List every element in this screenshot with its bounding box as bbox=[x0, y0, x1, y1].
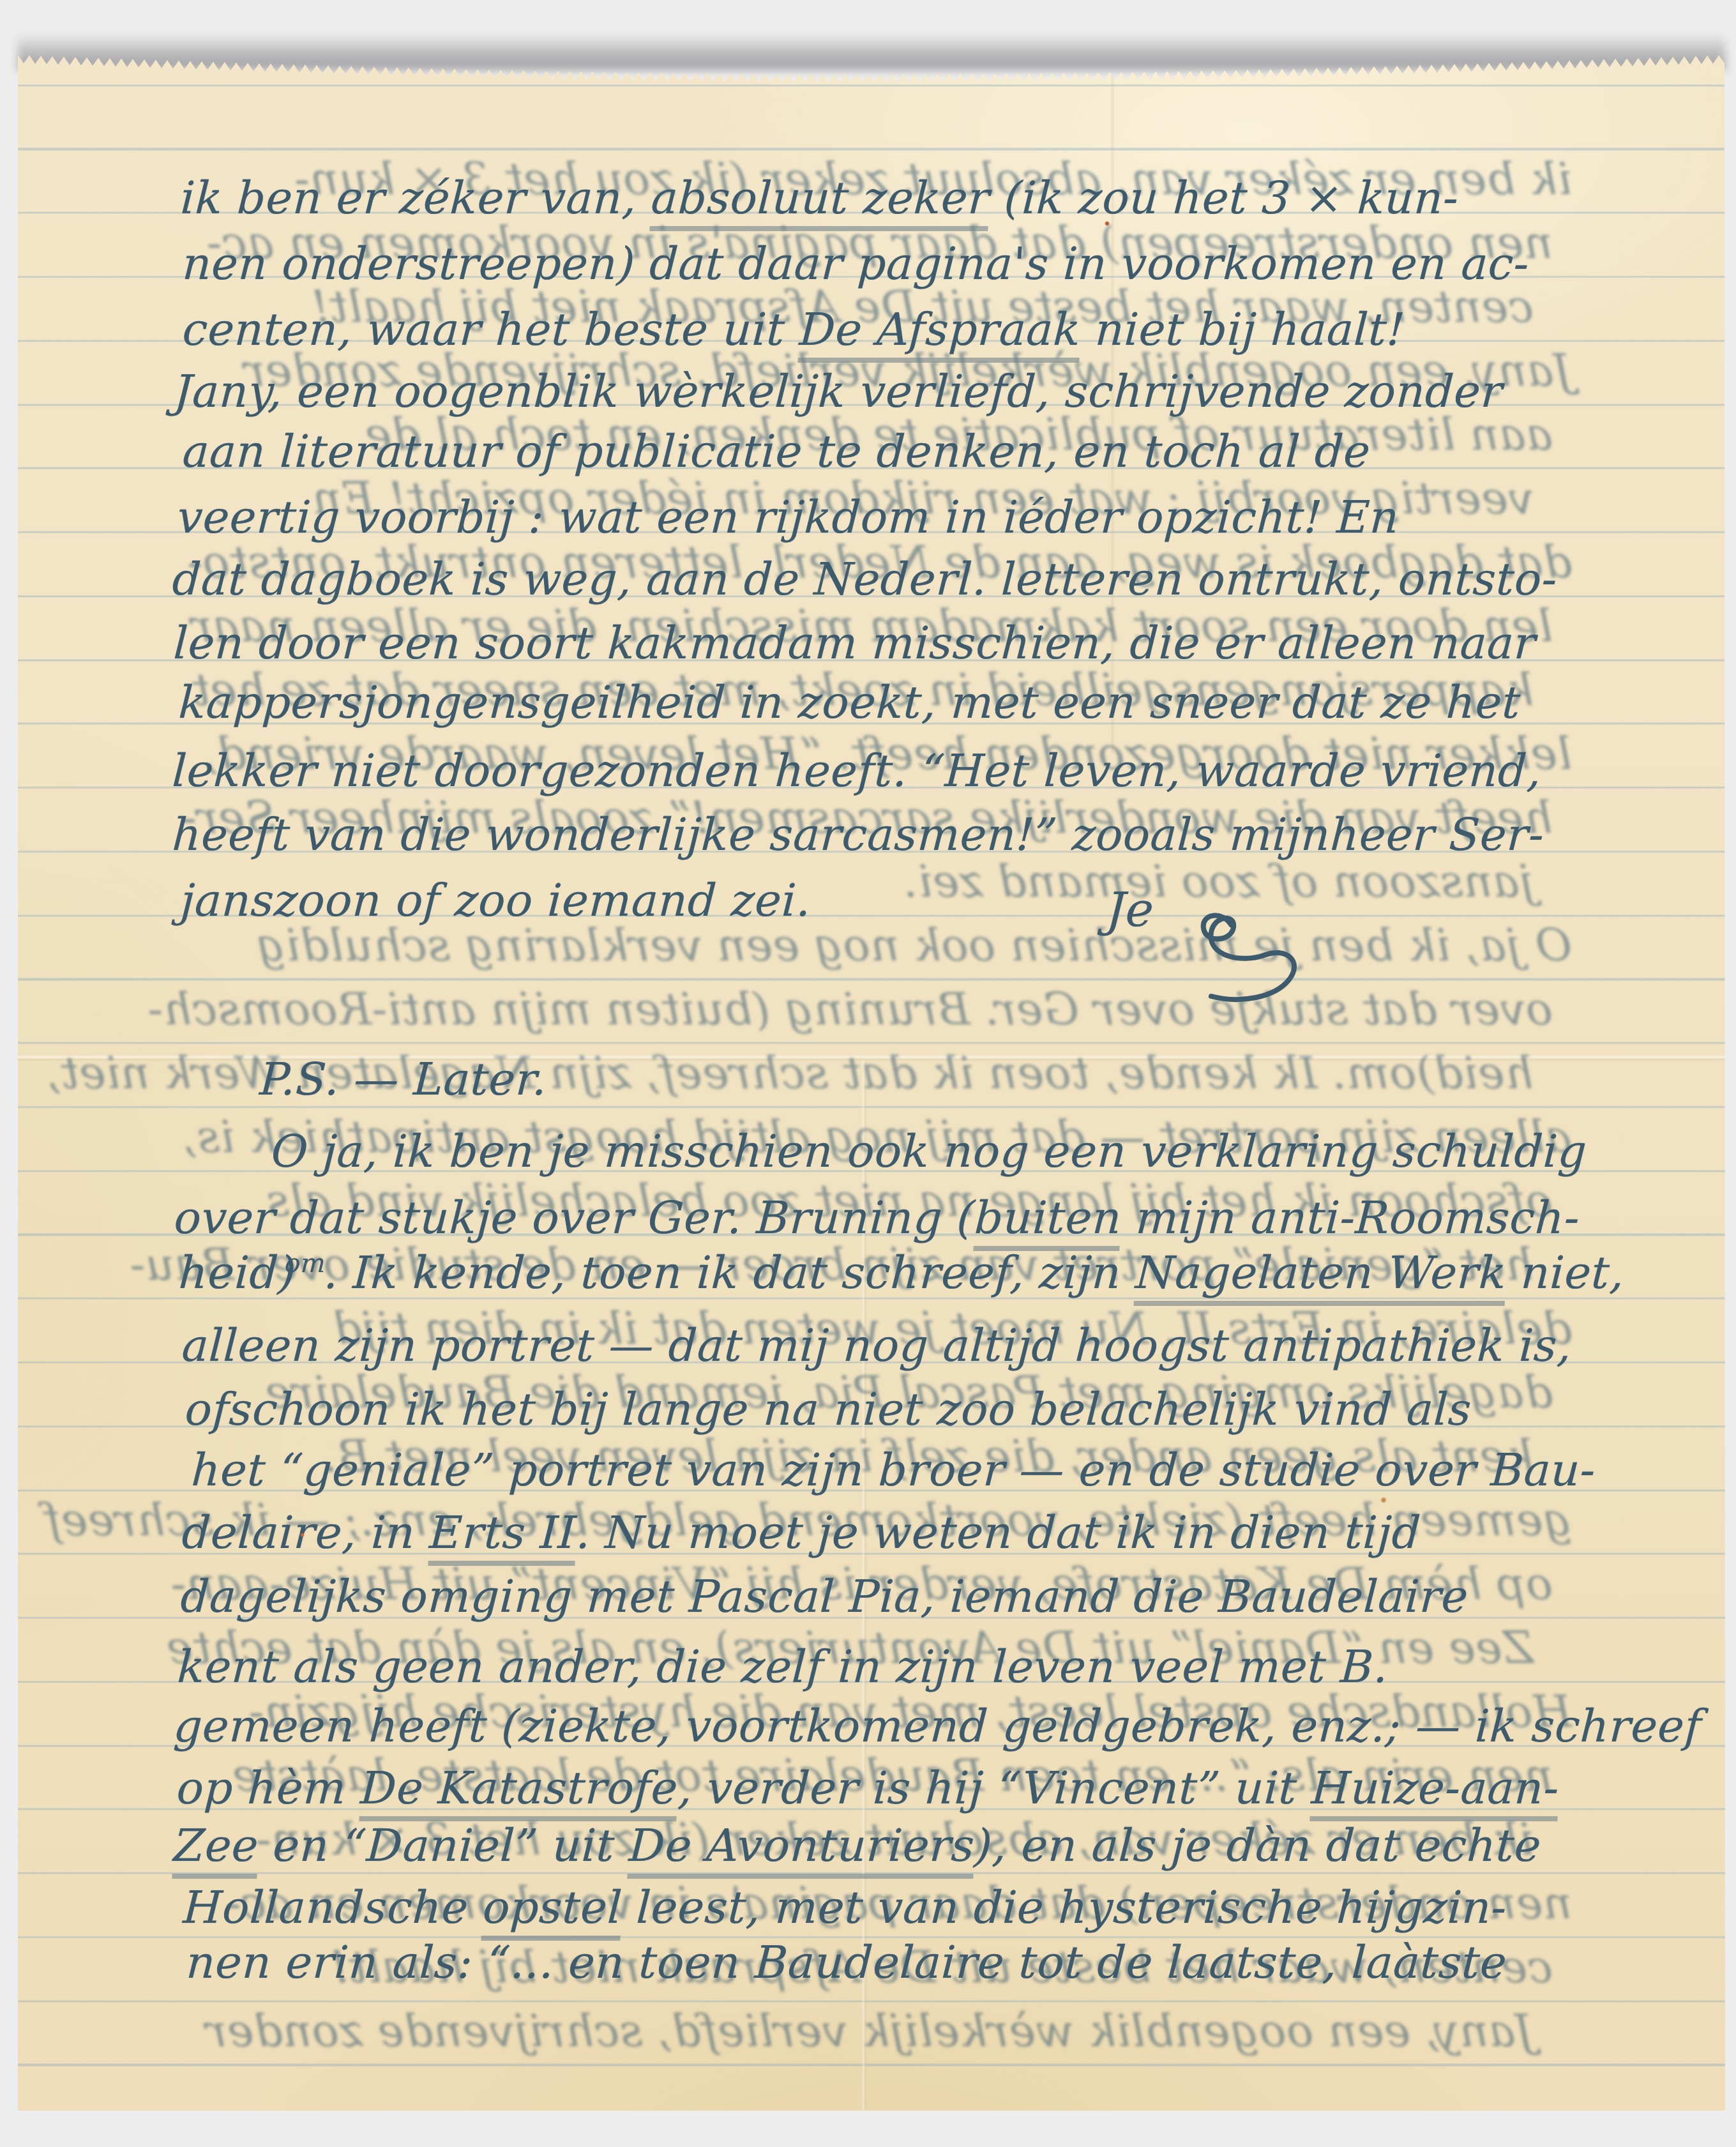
inserted-word-above: om bbox=[284, 1248, 326, 1278]
letter-line: O ja, ik ben je misschien ook nog een ve… bbox=[269, 1119, 1588, 1183]
letter-line: alleen zijn portret — dat mij nog altijd… bbox=[180, 1314, 1573, 1377]
text-segment: (ik zou het 3 × kun- bbox=[988, 172, 1460, 224]
text-segment: kent als geen ander, die zelf in zijn le… bbox=[176, 1641, 1390, 1693]
torn-edge-shadow bbox=[18, 33, 1725, 70]
text-segment: janszoon of zoo iemand zei. bbox=[179, 874, 812, 927]
letter-line: Hollandsche opstel leest, met van die hy… bbox=[181, 1876, 1508, 1939]
text-segment: . Nu moet je weten dat ik in dien tijd bbox=[575, 1506, 1422, 1559]
text-segment: kappersjongensgeilheid in zoekt, met een… bbox=[177, 676, 1522, 729]
signature-closing: Je bbox=[1105, 878, 1156, 942]
underlined-text: De Katastrofe bbox=[359, 1762, 679, 1821]
text-segment: dagelijks omging met Pascal Pia, iemand … bbox=[179, 1570, 1470, 1623]
text-segment: heid) bbox=[177, 1247, 298, 1299]
letter-line: dagelijks omging met Pascal Pia, iemand … bbox=[179, 1565, 1470, 1628]
letter-line: Zee en “Daniel” uit De Avonturiers), en … bbox=[172, 1814, 1543, 1878]
letter-line: centen, waar het beste uit De Afspraak n… bbox=[181, 298, 1407, 361]
text-segment: veertig voorbij : wat een rijkdom in iéd… bbox=[176, 491, 1400, 543]
underlined-text: Nagelaten Werk bbox=[1134, 1247, 1508, 1306]
text-segment: O ja, ik ben je misschien ook nog een ve… bbox=[270, 1125, 1589, 1178]
underlined-text: De Avonturiers bbox=[628, 1819, 976, 1879]
text-segment: ), en als je dàn dat echte bbox=[973, 1819, 1543, 1872]
text-segment: leest, met van die hysterische hijgzin- bbox=[621, 1881, 1508, 1934]
letter-line: delaire, in Erts II. Nu moet je weten da… bbox=[180, 1501, 1422, 1565]
foxing-spot bbox=[1105, 221, 1110, 226]
letter-line: janszoon of zoo iemand zei. bbox=[179, 869, 812, 932]
text-segment: ofschoon ik het bij lange na niet zoo be… bbox=[184, 1383, 1473, 1436]
letter-line: ik ben er zéker van, absoluut zeker (ik … bbox=[179, 166, 1460, 230]
letter-line: kappersjongensgeilheid in zoekt, met een… bbox=[177, 671, 1522, 734]
letter-line: dat dagboek is weg, aan de Nederl. lette… bbox=[170, 547, 1559, 611]
letter-line: het “geniale” portret van zijn broer — e… bbox=[190, 1438, 1597, 1502]
flourish-stroke bbox=[1204, 916, 1294, 999]
letter-line: aan literatuur of publicatie te denken, … bbox=[181, 420, 1372, 483]
handwritten-text-layer: P.S. — Later. Je ik ben er zéker van, ab… bbox=[18, 51, 1725, 2111]
text-segment: lekker niet doorgezonden heeft. “Het lev… bbox=[171, 745, 1543, 797]
letter-line: nen erin als: “... en toen Baudelaire to… bbox=[185, 1931, 1508, 1994]
text-segment: , verder is hij “Vincent” uit bbox=[677, 1762, 1313, 1814]
text-segment: delaire, in bbox=[181, 1506, 431, 1559]
text-segment: niet bij haalt! bbox=[1080, 303, 1407, 356]
text-segment: ik ben er zéker van, bbox=[179, 172, 653, 224]
letter-line: ofschoon ik het bij lange na niet zoo be… bbox=[183, 1377, 1473, 1441]
letter-line: nen onderstreepen) dat daar pagina's in … bbox=[181, 232, 1530, 296]
letter-line: Jany, een oogenblik wèrkelijk verliefd, … bbox=[172, 360, 1504, 423]
text-segment: len door een soort kakmadam misschien, d… bbox=[172, 617, 1537, 669]
text-segment: op hèm bbox=[176, 1762, 362, 1814]
letter-line: heid)om. Ik kende, toen ik dat schreef, … bbox=[177, 1241, 1626, 1311]
foxing-spot bbox=[300, 1533, 305, 1537]
text-segment: heeft van die wonderlijke sarcasmen!” zo… bbox=[171, 808, 1546, 861]
letter-line: len door een soort kakmadam misschien, d… bbox=[172, 611, 1537, 675]
underlined-text: Huize-aan- bbox=[1310, 1762, 1560, 1821]
underlined-text: Erts II bbox=[428, 1506, 578, 1566]
letter-line: lekker niet doorgezonden heeft. “Het lev… bbox=[170, 739, 1543, 803]
underlined-text: absoluut zeker bbox=[649, 172, 991, 231]
text-segment: gemeen heeft (ziekte, voortkomend geldge… bbox=[172, 1700, 1703, 1752]
text-segment: niet, bbox=[1505, 1247, 1626, 1299]
letter-line: op hèm De Katastrofe, verder is hij “Vin… bbox=[175, 1756, 1560, 1820]
text-segment: Jany, een oogenblik wèrkelijk verliefd, … bbox=[173, 365, 1504, 418]
text-segment: mijn anti-Roomsch- bbox=[1120, 1192, 1581, 1244]
text-segment: en “Daniel” uit bbox=[257, 1819, 631, 1872]
scanned-letter-screenshot: { "document_type": "handwritten letter p… bbox=[0, 0, 1736, 2147]
text-segment: nen onderstreepen) dat daar pagina's in … bbox=[181, 238, 1530, 290]
text-segment: Hollandsche bbox=[182, 1881, 485, 1934]
signature-initial-flourish bbox=[1170, 907, 1311, 1009]
text-segment: centen, waar het beste uit bbox=[181, 303, 801, 356]
foxing-spot bbox=[1380, 1497, 1387, 1503]
text-segment: alleen zijn portret — dat mij nog altijd… bbox=[181, 1319, 1573, 1372]
text-segment: dat dagboek is weg, aan de Nederl. lette… bbox=[171, 553, 1559, 605]
underlined-text: De Afspraak bbox=[797, 303, 1082, 363]
text-segment: aan literatuur of publicatie te denken, … bbox=[181, 425, 1372, 478]
underlined-text: Zee bbox=[172, 1819, 260, 1879]
letter-line: over dat stukje over Ger. Bruning (buite… bbox=[172, 1186, 1581, 1250]
ps-heading: P.S. — Later. bbox=[258, 1047, 548, 1111]
letter-line: veertig voorbij : wat een rijkdom in iéd… bbox=[176, 485, 1400, 549]
text-segment: . Ik kende, toen ik dat schreef, zijn bbox=[322, 1247, 1137, 1299]
text-segment: nen erin als: “... en toen Baudelaire to… bbox=[185, 1936, 1508, 1989]
letter-line: gemeen heeft (ziekte, voortkomend geldge… bbox=[172, 1694, 1703, 1758]
letter-line: kent als geen ander, die zelf in zijn le… bbox=[176, 1635, 1389, 1699]
letter-paper: ik ben er zéker van, absoluut zeker (ik … bbox=[18, 51, 1725, 2111]
text-segment: over dat stukje over Ger. Bruning ( bbox=[173, 1192, 976, 1244]
letter-line: heeft van die wonderlijke sarcasmen!” zo… bbox=[170, 803, 1546, 867]
text-segment: het “geniale” portret van zijn broer — e… bbox=[190, 1444, 1597, 1496]
